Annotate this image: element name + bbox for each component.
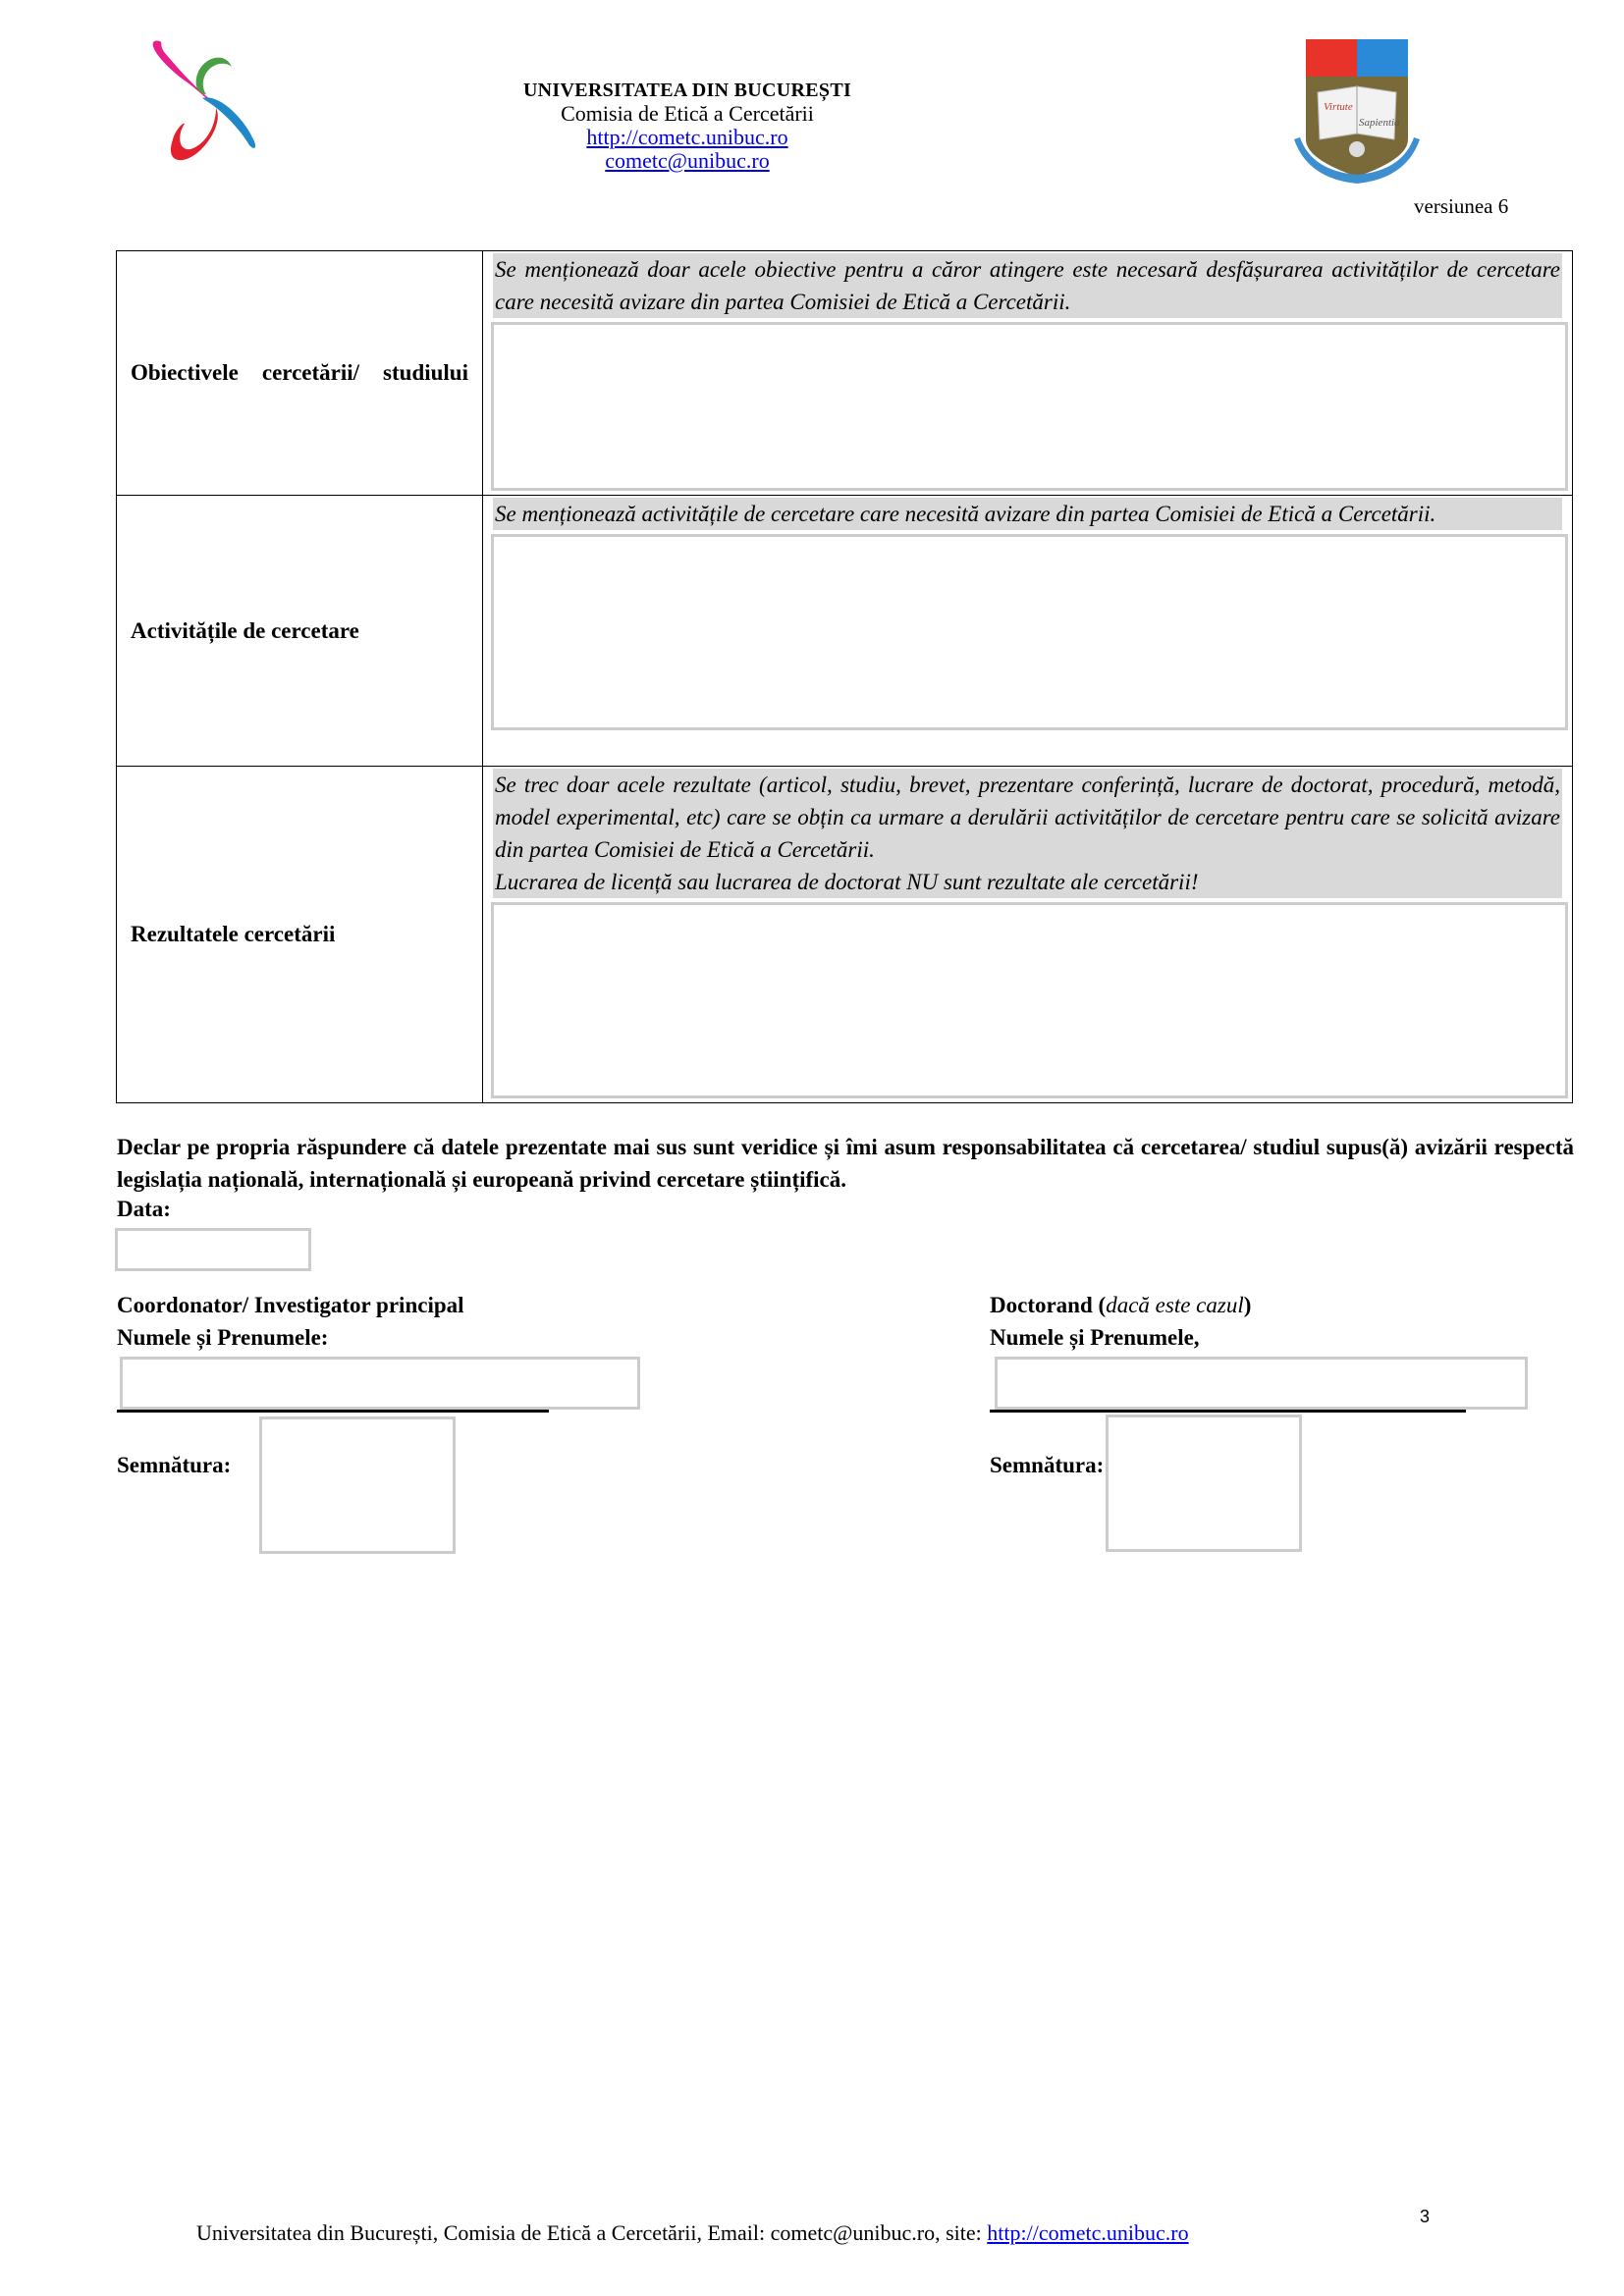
date-field[interactable] [115,1228,311,1271]
row-content-activities: Se menționează activitățile de cercetare… [483,496,1573,767]
table-row: Obiectivele cercetării/ studiului Se men… [117,251,1573,496]
coordinator-name-field[interactable] [120,1357,640,1410]
hint-warning: Lucrarea de licență sau lucrarea de doct… [493,866,1562,898]
coordinator-underline [117,1410,549,1413]
hint-text: Se trec doar acele rezultate (articol, s… [493,769,1562,866]
row-label-results: Rezultatele cercetării [117,767,483,1103]
objectives-field[interactable] [491,322,1568,491]
university-name: UNIVERSITATEA DIN BUCUREȘTI [393,79,982,102]
doctoral-signature-field[interactable] [1106,1415,1302,1552]
hint-text: Se menționează activitățile de cercetare… [493,498,1562,530]
doctoral-underline [990,1410,1466,1413]
footer-site-link[interactable]: http://cometc.unibuc.ro [987,2220,1188,2245]
svg-text:Virtute: Virtute [1324,101,1353,113]
declaration-text: Declar pe propria răspundere că datele p… [117,1131,1574,1196]
version-label: versiunea 6 [1414,194,1508,219]
row-label-objectives: Obiectivele cercetării/ studiului [117,251,483,496]
table-row: Activitățile de cercetare Se menționează… [117,496,1573,767]
coordinator-signature-field[interactable] [259,1416,456,1554]
coordinator-name-label: Numele și Prenumele: [117,1321,328,1354]
row-content-objectives: Se menționează doar acele obiective pent… [483,251,1573,496]
date-label: Data: [117,1197,171,1222]
results-field[interactable] [491,902,1568,1098]
svg-text:Sapientia: Sapientia [1359,117,1400,129]
doctoral-title-note: dacă este cazul [1106,1293,1244,1317]
coordinator-title: Coordonator/ Investigator principal [117,1289,464,1321]
coordinator-signature-label: Semnătura: [117,1449,231,1481]
doctoral-signature-label: Semnătura: [990,1449,1104,1481]
footer-text: Universitatea din București, Comisia de … [196,2220,987,2245]
website-link[interactable]: http://cometc.unibuc.ro [586,125,787,149]
email-link[interactable]: cometc@unibuc.ro [605,148,769,173]
letterhead: UNIVERSITATEA DIN BUCUREȘTI Comisia de E… [393,79,982,173]
row-content-results: Se trec doar acele rezultate (articol, s… [483,767,1573,1103]
doctoral-name-field[interactable] [995,1357,1528,1410]
doctoral-title: Doctorand (dacă este cazul) [990,1289,1251,1321]
table-row: Rezultatele cercetării Se trec doar acel… [117,767,1573,1103]
activities-field[interactable] [491,534,1568,730]
row-label-activities: Activitățile de cercetare [117,496,483,767]
doctoral-name-label: Numele și Prenumele, [990,1321,1200,1354]
university-crest-icon: Virtute Sapientia [1288,31,1426,188]
page-footer: Universitatea din București, Comisia de … [196,2220,1473,2246]
hint-text: Se menționează doar acele obiective pent… [493,253,1562,318]
research-details-table: Obiectivele cercetării/ studiului Se men… [116,250,1573,1103]
commission-logo-icon [126,29,283,177]
commission-name: Comisia de Etică a Cercetării [393,102,982,126]
